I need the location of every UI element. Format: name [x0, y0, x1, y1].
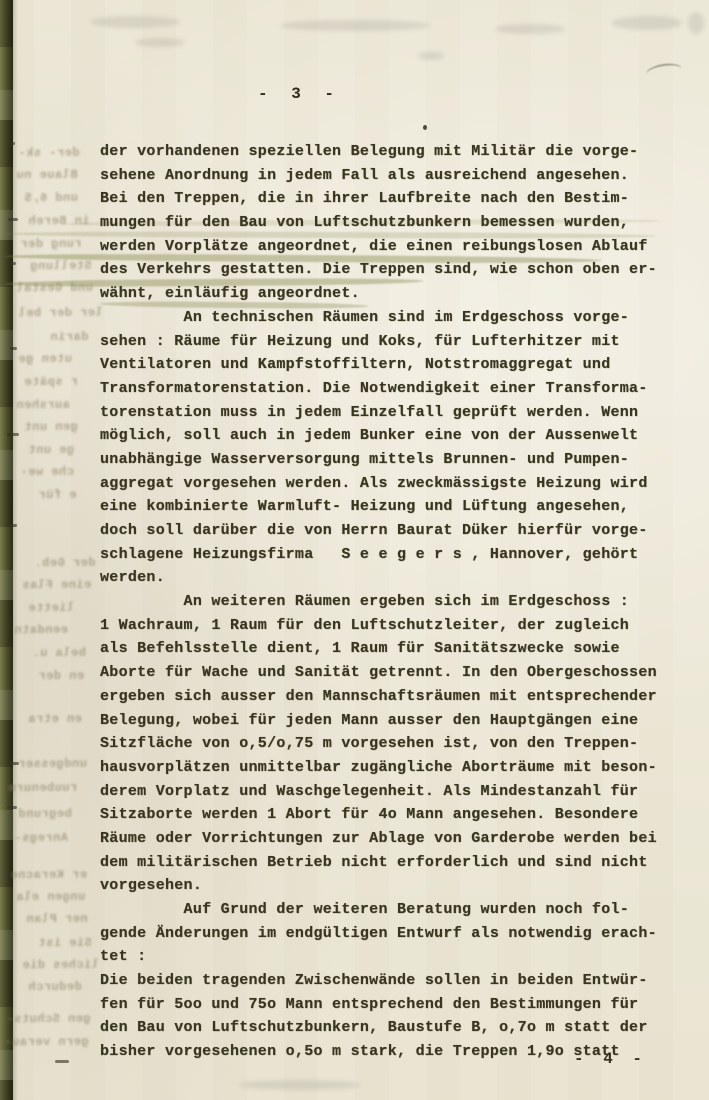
text-line: aggregat vorgesehen werden. Als zweckmäs…	[100, 472, 685, 496]
bleed-through-fragment: liette	[28, 601, 74, 615]
bleed-through-fragment: gen unt	[24, 420, 78, 434]
bleed-through-fragment: Sie ist	[38, 936, 92, 950]
pencil-smudge	[495, 24, 565, 34]
pencil-smudge	[280, 20, 430, 31]
bleed-through-fragment: Stellung	[30, 259, 92, 273]
text-line: Sitzaborte werden 1 Abort für 4o Mann an…	[100, 803, 685, 827]
bleed-through-fragment: liches die	[22, 958, 99, 973]
stray-ink-dot	[423, 125, 427, 130]
bleed-through-fragment: eine Flas	[22, 578, 91, 592]
bleed-through-fragment: ge unt	[28, 443, 74, 457]
text-line: sehene Anordnung in jedem Fall als ausre…	[100, 164, 685, 188]
text-line: wähnt, einläufig angeordnet.	[100, 282, 685, 306]
bleed-through-fragment: bela u.	[32, 646, 86, 660]
text-line: 1 Wachraum, 1 Raum für den Luftschutzlei…	[100, 614, 685, 638]
text-line: derem Vorplatz und Waschgelegenheit. Als…	[100, 780, 685, 804]
bleed-through-fragment: rung der	[20, 237, 82, 251]
text-line: doch soll darüber die von Herrn Baurat D…	[100, 519, 685, 543]
text-line: möglich, soll auch in jedem Bunker eine …	[100, 424, 685, 448]
text-line: torenstation muss in jedem Einzelfall ge…	[100, 401, 685, 425]
bleed-through-fragment: aurshen	[16, 398, 70, 412]
text-line: dem militärischen Betrieb nicht erforder…	[100, 851, 685, 875]
pencil-smudge	[612, 16, 682, 30]
bleed-through-fragment: r späte	[24, 375, 78, 389]
text-line: mungen für den Bau von Luftschutzbunkern…	[100, 211, 685, 235]
bleed-through-fragment: dedurch	[28, 980, 82, 994]
text-line: werden Vorplätze angeordnet, die einen r…	[100, 235, 685, 259]
bleed-through-fragment: e für	[38, 488, 77, 502]
text-line: Auf Grund der weiteren Beratung wurden n…	[100, 898, 685, 922]
bleed-through-fragment: ruubenurm	[8, 781, 77, 795]
bleed-through-fragment: undgesser-	[10, 757, 87, 772]
text-line: Die beiden tragenden Zwischenwände solle…	[100, 969, 685, 993]
text-line: Transformatorenstation. Die Notwendigkei…	[100, 377, 685, 401]
margin-tick-mark	[7, 262, 16, 265]
typewritten-text-block: der vorhandenen speziellen Belegung mit …	[100, 140, 685, 1064]
text-line: Bei den Treppen, die in ihrer Laufbreite…	[100, 187, 685, 211]
pencil-smudge	[240, 1080, 360, 1090]
bleed-through-fragment: und 6,5	[24, 191, 78, 205]
text-line: schlagene Heizungsfirma S e e g e r s , …	[100, 543, 685, 567]
text-line: gende Änderungen im endgültigen Entwurf …	[100, 922, 685, 946]
margin-tick-mark	[7, 806, 17, 809]
pencil-curl-mark	[645, 61, 683, 81]
margin-tick-mark	[55, 1060, 69, 1063]
text-line: Aborte für Wache und Sanität getrennt. I…	[100, 661, 685, 685]
bleed-through-fragment: begrund	[18, 807, 72, 821]
margin-tick-mark	[7, 762, 19, 765]
bleed-through-fragment: ler der bel	[18, 306, 103, 321]
bleed-through-fragment: er Keracne	[10, 868, 87, 883]
text-line: den Bau von Luftschutzbunkern, Baustufe …	[100, 1016, 685, 1040]
text-line: unabhängige Wasserversorgung mittels Bru…	[100, 448, 685, 472]
bleed-through-fragment: che we-	[20, 465, 74, 479]
margin-tick-mark	[9, 142, 15, 145]
text-line: Räume oder Vorrichtungen zur Ablage von …	[100, 827, 685, 851]
bleed-through-fragment: in Bereh	[28, 214, 90, 228]
bleed-through-fragment: ner Plan	[26, 912, 88, 926]
text-line: eine kombinierte Warmluft- Heizung und L…	[100, 495, 685, 519]
page-number-header: - 3 -	[258, 85, 341, 103]
bleed-through-fragment: darin	[50, 330, 89, 344]
bleed-through-fragment: der Geb.	[34, 556, 96, 570]
text-line: des Verkehrs gestatten. Die Treppen sind…	[100, 258, 685, 282]
text-line: werden.	[100, 566, 685, 590]
scan-edge-strip	[0, 0, 13, 1100]
margin-tick-mark	[8, 218, 18, 221]
text-line: fen für 5oo und 75o Mann entsprechend de…	[100, 993, 685, 1017]
text-line: An weiteren Räumen ergeben sich im Erdge…	[100, 590, 685, 614]
margin-tick-mark	[7, 524, 17, 527]
text-line: Ventilatoren und Kampfstoffiltern, Notst…	[100, 353, 685, 377]
text-line: ergeben sich ausser den Mannschaftsräume…	[100, 685, 685, 709]
text-line: An technischen Räumen sind im Erdgeschos…	[100, 306, 685, 330]
text-line: vorgesehen.	[100, 874, 685, 898]
bleed-through-fragment: der- sk-	[18, 146, 80, 160]
text-line: hausvorplätzen unmittelbar zugängliche A…	[100, 756, 685, 780]
bleed-through-fragment: gen Schuts-	[6, 1012, 91, 1027]
text-line: der vorhandenen speziellen Belegung mit …	[100, 140, 685, 164]
bleed-through-fragment: Blaue nu	[16, 168, 78, 182]
margin-tick-mark	[10, 347, 17, 350]
bleed-through-fragment: gern verau-	[4, 1035, 89, 1050]
pencil-smudge	[135, 38, 185, 47]
bleed-through-fragment: ungen ela	[16, 890, 85, 904]
text-line: sehen : Räume für Heizung und Koks, für …	[100, 330, 685, 354]
margin-tick-mark	[7, 433, 19, 436]
bleed-through-fragment: en etra	[28, 712, 82, 726]
bleed-through-fragment: Anregs-	[14, 831, 68, 845]
bleed-through-fragment: en der	[38, 669, 84, 683]
bleed-through-fragment: uten ge	[18, 352, 72, 366]
pencil-smudge	[90, 16, 180, 28]
page-number-footer: - 4 -	[574, 1050, 647, 1068]
bleed-through-fragment: eendatn	[14, 623, 68, 637]
text-line: als Befehlsstelle dient, 1 Raum für Sani…	[100, 637, 685, 661]
text-line: tet :	[100, 945, 685, 969]
scanned-document-page: - 3 - der- sk-Blaue nuund 6,5in Berehrun…	[0, 0, 709, 1100]
text-line: Sitzfläche von o,5/o,75 m vorgesehen ist…	[100, 732, 685, 756]
pencil-smudge	[418, 52, 444, 60]
pencil-smudge	[688, 12, 704, 34]
text-line: Belegung, wobei für jeden Mann ausser de…	[100, 709, 685, 733]
